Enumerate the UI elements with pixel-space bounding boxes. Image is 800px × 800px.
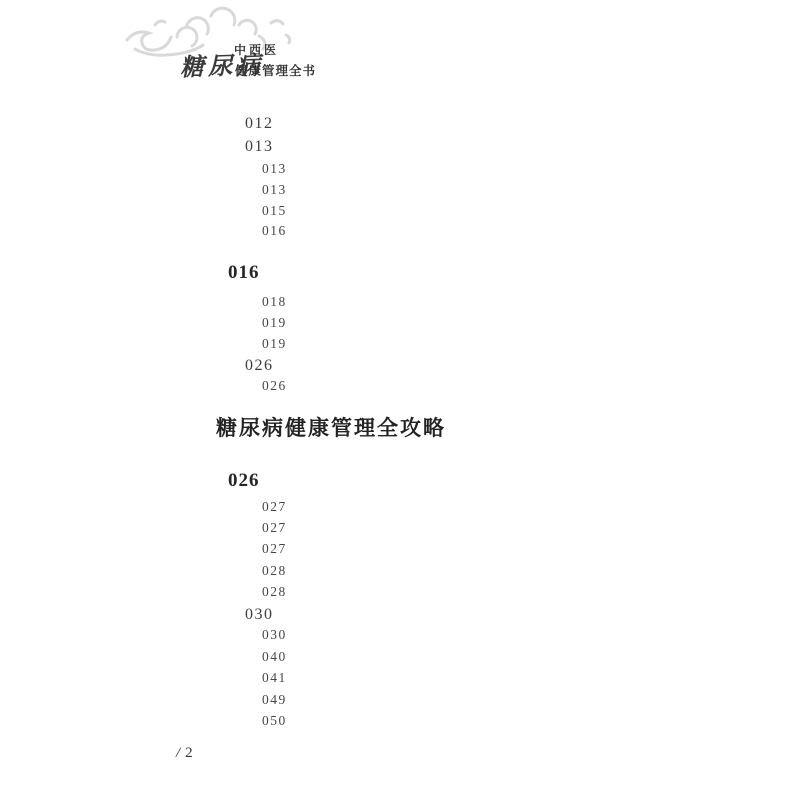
toc-entry: 一、糖化血红蛋白监测/013 — [262, 161, 427, 178]
toc-entry: 2 型糖尿病的管理/030 — [245, 605, 400, 625]
toc-entry-page: 027 — [262, 520, 397, 537]
toc-entry-page: 041 — [262, 670, 367, 687]
toc-entry: 糖尿病的血糖检测/013 — [245, 137, 403, 157]
toc-entry: 二、运动治疗/018 — [262, 294, 367, 311]
toc-entry: 一、饮食管理/030 — [262, 627, 367, 644]
toc-entry-page: 019 — [262, 336, 397, 353]
toc-entry-page: 018 — [262, 294, 367, 311]
toc-entry-page: 027 — [262, 499, 397, 516]
toc-entry: 二、运动管理/040 — [262, 649, 367, 666]
toc-entry: 四、个体化血糖控制目标管理/049 — [262, 692, 472, 709]
toc-entry: 一、高危人群的界定/026 — [262, 378, 412, 395]
toc-entry: 糖尿病的危害/012 — [245, 114, 368, 134]
toc-entry: 一、合理膳食/016 — [262, 223, 367, 240]
toc-entry-page: 049 — [262, 692, 472, 709]
toc-entry-page: 016 — [228, 261, 486, 285]
toc-entry-page: 016 — [262, 223, 367, 240]
toc-entry-page: 027 — [262, 541, 367, 558]
toc-entry: 五、低血糖的管理/050 — [262, 713, 397, 730]
toc-entry: 三、用药管理/041 — [262, 670, 367, 687]
toc-entry: 糖尿病慢病管理的四大基石/016 — [228, 261, 486, 285]
book-page: 糖尿病 中西医 健康管理全书 糖尿病的危害/012 糖尿病的血糖检测/013 一… — [0, 0, 800, 800]
toc-entry-page: 013 — [245, 137, 403, 157]
toc-entry-label: 糖尿病健康管理全攻略 — [216, 417, 446, 440]
toc-entry: 糖尿病高危人群的管理/026 — [245, 356, 438, 376]
page-number-value: 2 — [180, 745, 193, 761]
toc-entry-page: 028 — [262, 563, 367, 580]
toc-entry-page: 040 — [262, 649, 367, 666]
toc-entry-page: 013 — [262, 182, 412, 199]
toc-entry-page: 013 — [262, 161, 427, 178]
toc-entry-page: 026 — [245, 356, 438, 376]
toc-entry: 四、心理健康管理/019 — [262, 336, 397, 353]
book-subtitle-line2: 健康管理全书 — [235, 61, 316, 79]
toc-entry-page: 030 — [245, 605, 400, 625]
toc-entry: 三、生活方式管理/027 — [262, 520, 397, 537]
toc-entry: 六、中医药治疗管理/028 — [262, 584, 412, 601]
toc-entry: 三、尿糖的自我监测/015 — [262, 203, 412, 220]
toc-entry-page: 028 — [262, 584, 412, 601]
toc-entry-page: 012 — [245, 114, 368, 134]
page-number: /2 — [176, 745, 193, 762]
book-subtitle: 中西医 健康管理全书 — [234, 41, 316, 79]
toc-entry: 二、检查项目管理/027 — [262, 499, 397, 516]
toc-entry-page: 030 — [262, 627, 367, 644]
toc-entry-page: 026 — [228, 469, 503, 493]
toc-entry-page: 015 — [262, 203, 412, 220]
toc-entry: 五、运动管理/028 — [262, 563, 367, 580]
toc-entry-page: 026 — [262, 378, 412, 395]
toc-entry: 2 型糖尿病及其并发症的管理/026 — [228, 469, 503, 493]
toc-entry-page: 050 — [262, 713, 397, 730]
toc-entry-page: 019 — [262, 315, 367, 332]
toc-entry: 二、血糖的自我监测/013 — [262, 182, 412, 199]
toc-chapter-heading: 糖尿病健康管理全攻略 — [216, 416, 446, 442]
toc-entry: 四、饮食管理/027 — [262, 541, 367, 558]
book-subtitle-line1: 中西医 — [234, 41, 316, 58]
toc-entry: 三、戒烟限酒/019 — [262, 315, 367, 332]
